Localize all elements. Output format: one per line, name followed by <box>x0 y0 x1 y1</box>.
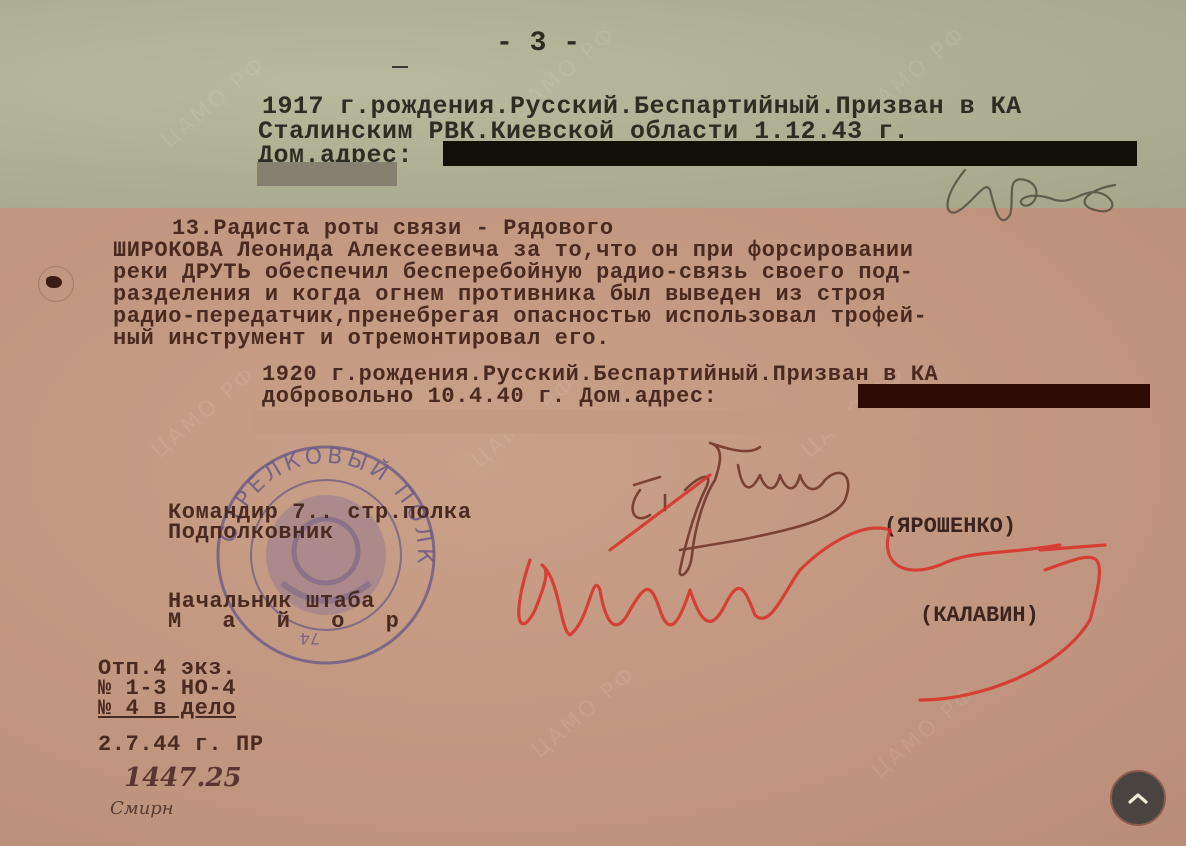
chevron-up-icon <box>1127 791 1149 805</box>
chief-name: (КАЛАВИН) <box>920 603 1039 628</box>
dash-mark <box>392 66 408 68</box>
footer-line: № 4 в дело <box>98 696 236 721</box>
scroll-to-top-button[interactable] <box>1110 770 1166 826</box>
handwritten-initials-footer: Смирн <box>110 798 174 819</box>
punch-hole-mark <box>46 276 62 288</box>
redaction-bar <box>252 410 920 434</box>
footer-line: 2.7.44 г. ПР <box>98 732 264 757</box>
handwritten-number: 1447.25 <box>124 763 242 793</box>
redaction-bar <box>443 141 1137 166</box>
text-line: добровольно 10.4.40 г. Дом.адрес: <box>262 384 717 409</box>
commander-name: (ЯРОШЕНКО) <box>884 514 1016 539</box>
commander-rank: Подполковник <box>168 520 334 545</box>
redaction-bar <box>257 162 397 186</box>
text-line: ный инструмент и отремонтировал его. <box>113 326 610 351</box>
page-number: - 3 - <box>496 28 580 59</box>
redaction-bar <box>858 384 1150 408</box>
document-scan: ЦАМО РФ ЦАМО РФ ЦАМО РФ ЦАМО РФ ЦАМО РФ … <box>0 0 1186 846</box>
chief-rank: М а й о р <box>168 609 413 634</box>
